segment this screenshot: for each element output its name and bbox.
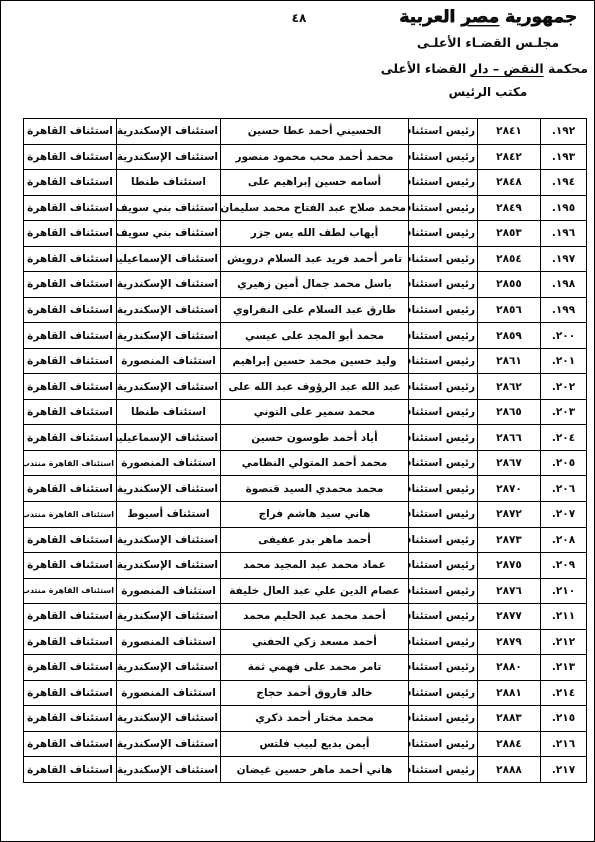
court-cell: استئناف الإسكندرية [117, 706, 221, 732]
president-office-title: مكتب الرئيس [388, 85, 588, 99]
serial-cell: ٢٠١. [541, 348, 587, 374]
seniority-number-cell: ٢٨٨٤ [478, 731, 541, 757]
court-title-underlined: النقض – دار [471, 61, 544, 76]
name-cell: عبد الله عبد الرؤوف عبد الله على [221, 374, 409, 400]
table-row: ٢١١. ٢٨٧٧ رئيس استئناف أحمد محمد عبد الح… [24, 604, 587, 630]
serial-cell: ٢١٣. [541, 655, 587, 681]
name-cell: تامر أحمد فريد عبد السلام درويش [221, 246, 409, 272]
seniority-number-cell: ٢٨٨١ [478, 680, 541, 706]
court-cell: استئناف الإسماعيلية [117, 246, 221, 272]
destination-cell: استئناف القاهرة [24, 348, 117, 374]
destination-cell: استئناف القاهرة [24, 221, 117, 247]
name-cell: عصام الدين علي عبد العال خليفة [221, 578, 409, 604]
destination-cell: استئناف القاهرة [24, 553, 117, 579]
destination-cell: استئناف القاهرة [24, 246, 117, 272]
table-row: ١٩٣. ٢٨٤٢ رئيس استئناف محمد أحمد محب محم… [24, 144, 587, 170]
serial-cell: ٢٠٤. [541, 425, 587, 451]
destination-cell: استئناف القاهرة [24, 323, 117, 349]
name-cell: أياد أحمد طوسون حسين [221, 425, 409, 451]
rank-cell: رئيس استئناف [409, 297, 478, 323]
name-cell: محمد أبو المجد على عيسي [221, 323, 409, 349]
name-cell: طارق عبد السلام على النفراوي [221, 297, 409, 323]
name-cell: أحمد محمد عبد الحليم محمد [221, 604, 409, 630]
rank-cell: رئيس استئناف [409, 119, 478, 145]
rank-cell: رئيس استئناف [409, 553, 478, 579]
table-row: ٢١٤. ٢٨٨١ رئيس استئناف خالد فاروق أحمد ح… [24, 680, 587, 706]
serial-cell: ١٩٦. [541, 221, 587, 247]
table-row: ١٩٢. ٢٨٤١ رئيس استئناف الحسيني أحمد عطا … [24, 119, 587, 145]
destination-cell: استئناف القاهرة [24, 476, 117, 502]
republic-title-underlined: مصر [461, 7, 499, 27]
serial-cell: ٢١١. [541, 604, 587, 630]
rank-cell: رئيس استئناف [409, 221, 478, 247]
republic-title: جمهورية مصر العربية [388, 7, 588, 27]
serial-cell: ٢٠٩. [541, 553, 587, 579]
court-cell: استئناف الإسكندرية [117, 553, 221, 579]
destination-cell: استئناف القاهرة [24, 272, 117, 298]
rank-cell: رئيس استئناف [409, 348, 478, 374]
court-cell: استئناف المنصورة [117, 348, 221, 374]
table-row: ١٩٦. ٢٨٥٣ رئيس استئناف أيهاب لطف الله يس… [24, 221, 587, 247]
seniority-number-cell: ٢٨٧٩ [478, 629, 541, 655]
document-page: ٤٨ جمهورية مصر العربية مجلـس القضـاء الأ… [0, 0, 595, 842]
name-cell: الحسيني أحمد عطا حسين [221, 119, 409, 145]
seniority-number-cell: ٢٨٧٢ [478, 501, 541, 527]
court-cell: استئناف طنطا [117, 170, 221, 196]
table-row: ١٩٥. ٢٨٤٩ رئيس استئناف محمد صلاح عبد الف… [24, 195, 587, 221]
page-number: ٤٨ [279, 11, 319, 25]
seniority-number-cell: ٢٨٧٠ [478, 476, 541, 502]
court-cell: استئناف المنصورة [117, 680, 221, 706]
seniority-number-cell: ٢٨٨٨ [478, 757, 541, 783]
republic-title-pre: جمهورية [499, 7, 577, 27]
rank-cell: رئيس استئناف [409, 144, 478, 170]
destination-cell: استئناف القاهرة [24, 604, 117, 630]
destination-cell: استئناف القاهرة [24, 706, 117, 732]
serial-cell: ٢٠٣. [541, 399, 587, 425]
seniority-number-cell: ٢٨٥٣ [478, 221, 541, 247]
table-row: ٢٠٢. ٢٨٦٢ رئيس استئناف عبد الله عبد الرؤ… [24, 374, 587, 400]
destination-cell: استئناف القاهرة [24, 527, 117, 553]
court-cell: استئناف الإسكندرية [117, 323, 221, 349]
destination-cell: استئناف القاهرة [24, 170, 117, 196]
cassation-court-title: محكمة النقض – دار القضاء الأعلى [388, 61, 588, 76]
court-cell: استئناف الإسكندرية [117, 476, 221, 502]
destination-cell: استئناف القاهرة [24, 399, 117, 425]
table-row: ٢٠٨. ٢٨٧٣ رئيس استئناف أحمد ماهر بدر عفي… [24, 527, 587, 553]
rank-cell: رئيس استئناف [409, 170, 478, 196]
rank-cell: رئيس استئناف [409, 246, 478, 272]
table-row: ٢٠٠. ٢٨٥٩ رئيس استئناف محمد أبو المجد عل… [24, 323, 587, 349]
rank-cell: رئيس استئناف [409, 399, 478, 425]
rank-cell: رئيس استئناف [409, 450, 478, 476]
serial-cell: ٢٠٥. [541, 450, 587, 476]
court-cell: استئناف الإسكندرية [117, 604, 221, 630]
destination-cell: استئناف القاهرة منتدب [24, 578, 117, 604]
serial-cell: ١٩٣. [541, 144, 587, 170]
court-cell: استئناف أسيوط [117, 501, 221, 527]
seniority-number-cell: ٢٨٦٥ [478, 399, 541, 425]
seniority-number-cell: ٢٨٤١ [478, 119, 541, 145]
seniority-number-cell: ٢٨٧٦ [478, 578, 541, 604]
name-cell: أسامه حسين إبراهيم على [221, 170, 409, 196]
name-cell: أيمن بديع لبيب فلتس [221, 731, 409, 757]
table-row: ٢٠٥. ٢٨٦٧ رئيس استئناف محمد أحمد المتولي… [24, 450, 587, 476]
rank-cell: رئيس استئناف [409, 680, 478, 706]
rank-cell: رئيس استئناف [409, 476, 478, 502]
judges-roster-table: ١٩٢. ٢٨٤١ رئيس استئناف الحسيني أحمد عطا … [23, 118, 587, 783]
rank-cell: رئيس استئناف [409, 195, 478, 221]
document-header: جمهورية مصر العربية مجلـس القضـاء الأعلـ… [388, 7, 588, 99]
table-row: ١٩٨. ٢٨٥٥ رئيس استئناف باسل محمد جمال أم… [24, 272, 587, 298]
court-title-post: القضاء الأعلى [381, 61, 471, 76]
name-cell: محمد محمدي السيد قنصوة [221, 476, 409, 502]
name-cell: أحمد ماهر بدر عفيفى [221, 527, 409, 553]
name-cell: باسل محمد جمال أمين زهيري [221, 272, 409, 298]
rank-cell: رئيس استئناف [409, 706, 478, 732]
name-cell: محمد أحمد محب محمود منصور [221, 144, 409, 170]
table-row: ٢١٦. ٢٨٨٤ رئيس استئناف أيمن بديع لبيب فل… [24, 731, 587, 757]
name-cell: أحمد مسعد زكي الحفني [221, 629, 409, 655]
serial-cell: ٢١٠. [541, 578, 587, 604]
seniority-number-cell: ٢٨٤٢ [478, 144, 541, 170]
serial-cell: ٢١٤. [541, 680, 587, 706]
serial-cell: ١٩٨. [541, 272, 587, 298]
court-cell: استئناف الإسكندرية [117, 374, 221, 400]
table-row: ١٩٩. ٢٨٥٦ رئيس استئناف طارق عبد السلام ع… [24, 297, 587, 323]
name-cell: هاني أحمد ماهر حسين غيضان [221, 757, 409, 783]
seniority-number-cell: ٢٨٧٣ [478, 527, 541, 553]
name-cell: أيهاب لطف الله يس جزر [221, 221, 409, 247]
table-row: ٢١٣. ٢٨٨٠ رئيس استئناف تامر محمد على فهم… [24, 655, 587, 681]
serial-cell: ١٩٤. [541, 170, 587, 196]
court-cell: استئناف بني سويف [117, 195, 221, 221]
court-cell: استئناف الإسكندرية [117, 731, 221, 757]
serial-cell: ٢١٥. [541, 706, 587, 732]
court-cell: استئناف الإسكندرية [117, 527, 221, 553]
serial-cell: ١٩٢. [541, 119, 587, 145]
rank-cell: رئيس استئناف [409, 757, 478, 783]
destination-cell: استئناف القاهرة [24, 680, 117, 706]
serial-cell: ١٩٧. [541, 246, 587, 272]
serial-cell: ١٩٥. [541, 195, 587, 221]
name-cell: محمد مختار أحمد ذكري [221, 706, 409, 732]
court-cell: استئناف الإسكندرية [117, 272, 221, 298]
destination-cell: استئناف القاهرة [24, 195, 117, 221]
destination-cell: استئناف القاهرة [24, 425, 117, 451]
seniority-number-cell: ٢٨٦٧ [478, 450, 541, 476]
serial-cell: ٢١٧. [541, 757, 587, 783]
rank-cell: رئيس استئناف [409, 629, 478, 655]
serial-cell: ٢٠٧. [541, 501, 587, 527]
serial-cell: ٢١٢. [541, 629, 587, 655]
table-row: ٢١٢. ٢٨٧٩ رئيس استئناف أحمد مسعد زكي الح… [24, 629, 587, 655]
destination-cell: استئناف القاهرة [24, 119, 117, 145]
destination-cell: استئناف القاهرة [24, 655, 117, 681]
seniority-number-cell: ٢٨٤٨ [478, 170, 541, 196]
table-row: ١٩٧. ٢٨٥٤ رئيس استئناف تامر أحمد فريد عب… [24, 246, 587, 272]
seniority-number-cell: ٢٨٦٦ [478, 425, 541, 451]
table-row: ١٩٤. ٢٨٤٨ رئيس استئناف أسامه حسين إبراهي… [24, 170, 587, 196]
seniority-number-cell: ٢٨٥٤ [478, 246, 541, 272]
seniority-number-cell: ٢٨٨٠ [478, 655, 541, 681]
name-cell: وليد حسين محمد حسين إبراهيم [221, 348, 409, 374]
seniority-number-cell: ٢٨٤٩ [478, 195, 541, 221]
destination-cell: استئناف القاهرة [24, 374, 117, 400]
court-cell: استئناف الإسكندرية [117, 119, 221, 145]
serial-cell: ١٩٩. [541, 297, 587, 323]
supreme-judicial-council-title: مجلـس القضـاء الأعلـى [388, 35, 588, 50]
rank-cell: رئيس استئناف [409, 604, 478, 630]
rank-cell: رئيس استئناف [409, 501, 478, 527]
seniority-number-cell: ٢٨٥٩ [478, 323, 541, 349]
court-cell: استئناف الإسكندرية [117, 144, 221, 170]
rank-cell: رئيس استئناف [409, 323, 478, 349]
court-cell: استئناف المنصورة [117, 450, 221, 476]
seniority-number-cell: ٢٨٦٢ [478, 374, 541, 400]
rank-cell: رئيس استئناف [409, 578, 478, 604]
court-cell: استئناف المنصورة [117, 629, 221, 655]
court-title-pre: محكمة [544, 61, 588, 76]
name-cell: محمد أحمد المتولي النظامي [221, 450, 409, 476]
serial-cell: ٢٠٢. [541, 374, 587, 400]
court-cell: استئناف المنصورة [117, 578, 221, 604]
rank-cell: رئيس استئناف [409, 425, 478, 451]
destination-cell: استئناف القاهرة [24, 731, 117, 757]
name-cell: هاني سيد هاشم فراج [221, 501, 409, 527]
court-cell: استئناف الإسكندرية [117, 757, 221, 783]
destination-cell: استئناف القاهرة منتدب [24, 450, 117, 476]
republic-title-post: العربية [399, 7, 461, 27]
rank-cell: رئيس استئناف [409, 655, 478, 681]
seniority-number-cell: ٢٨٨٣ [478, 706, 541, 732]
seniority-number-cell: ٢٨٦١ [478, 348, 541, 374]
table-row: ٢٠٩. ٢٨٧٥ رئيس استئناف عماد محمد عبد الم… [24, 553, 587, 579]
serial-cell: ٢٠٠. [541, 323, 587, 349]
seniority-number-cell: ٢٨٧٥ [478, 553, 541, 579]
rank-cell: رئيس استئناف [409, 272, 478, 298]
court-cell: استئناف طنطا [117, 399, 221, 425]
table-row: ٢٠٤. ٢٨٦٦ رئيس استئناف أياد أحمد طوسون ح… [24, 425, 587, 451]
seniority-number-cell: ٢٨٥٥ [478, 272, 541, 298]
rank-cell: رئيس استئناف [409, 527, 478, 553]
destination-cell: استئناف القاهرة [24, 144, 117, 170]
table-row: ٢٠١. ٢٨٦١ رئيس استئناف وليد حسين محمد حس… [24, 348, 587, 374]
seniority-number-cell: ٢٨٥٦ [478, 297, 541, 323]
rank-cell: رئيس استئناف [409, 731, 478, 757]
table-row: ٢١٥. ٢٨٨٣ رئيس استئناف محمد مختار أحمد ذ… [24, 706, 587, 732]
name-cell: محمد سمير على التوني [221, 399, 409, 425]
name-cell: خالد فاروق أحمد حجاج [221, 680, 409, 706]
rank-cell: رئيس استئناف [409, 374, 478, 400]
court-cell: استئناف الإسماعيلية [117, 425, 221, 451]
table-row: ٢٠٣. ٢٨٦٥ رئيس استئناف محمد سمير على الت… [24, 399, 587, 425]
name-cell: محمد صلاح عبد الفتاح محمد سليمان الطماوي [221, 195, 409, 221]
table-row: ٢٠٦. ٢٨٧٠ رئيس استئناف محمد محمدي السيد … [24, 476, 587, 502]
table-row: ٢١٧. ٢٨٨٨ رئيس استئناف هاني أحمد ماهر حس… [24, 757, 587, 783]
serial-cell: ٢٠٦. [541, 476, 587, 502]
table-row: ٢١٠. ٢٨٧٦ رئيس استئناف عصام الدين علي عب… [24, 578, 587, 604]
destination-cell: استئناف القاهرة [24, 757, 117, 783]
name-cell: عماد محمد عبد المجيد محمد [221, 553, 409, 579]
name-cell: تامر محمد على فهمي ثمة [221, 655, 409, 681]
serial-cell: ٢١٦. [541, 731, 587, 757]
court-cell: استئناف الإسكندرية [117, 297, 221, 323]
court-cell: استئناف الإسكندرية [117, 655, 221, 681]
seniority-number-cell: ٢٨٧٧ [478, 604, 541, 630]
court-cell: استئناف بني سويف [117, 221, 221, 247]
destination-cell: استئناف القاهرة [24, 629, 117, 655]
destination-cell: استئناف القاهرة منتدب [24, 501, 117, 527]
serial-cell: ٢٠٨. [541, 527, 587, 553]
destination-cell: استئناف القاهرة [24, 297, 117, 323]
table-row: ٢٠٧. ٢٨٧٢ رئيس استئناف هاني سيد هاشم فرا… [24, 501, 587, 527]
roster-table-body: ١٩٢. ٢٨٤١ رئيس استئناف الحسيني أحمد عطا … [24, 119, 587, 783]
